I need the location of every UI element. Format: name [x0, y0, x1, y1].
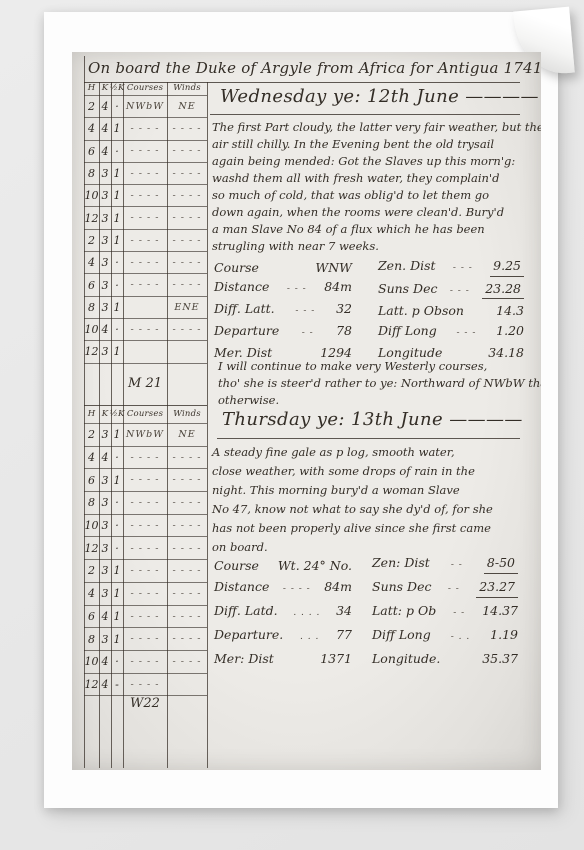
column-header-halfk: ½K: [111, 82, 123, 96]
nav-leader: - - -: [275, 302, 336, 321]
nav-value: 84m: [324, 576, 352, 597]
cell-knots: 3: [99, 185, 111, 207]
column-header-hours: H: [84, 406, 99, 424]
journal-line: A steady fine gale as p log, smooth wate…: [212, 443, 493, 462]
nav-label: Course: [214, 555, 259, 576]
thursday-nav-left: Course Wt. 24° No. Distance - - - - 84m …: [214, 555, 352, 669]
cell-knots: 4: [99, 651, 111, 674]
nav-value: 35.37: [482, 648, 518, 669]
cell-halfk: 1: [111, 297, 123, 319]
nav-value: 1371: [320, 648, 352, 669]
cell-wind: - - - -: [167, 207, 207, 229]
nav-value: 8-50: [484, 552, 518, 574]
nav-label: Latt: p Ob: [372, 600, 436, 621]
page-title: On board the Duke of Argyle from Africa …: [88, 59, 541, 77]
cell-knots: 3: [99, 537, 111, 560]
cell-halfk: 1: [111, 424, 123, 447]
thursday-journal: A steady fine gale as p log, smooth wate…: [212, 443, 493, 557]
cell-wind: - - - -: [167, 252, 207, 274]
nav-entry: Zen. Dist - - - 9.25: [378, 256, 524, 279]
nav-entry: Departure. . . . 77: [214, 624, 352, 648]
nav-label: Departure: [214, 321, 279, 340]
cell-course: [123, 341, 167, 363]
nav-leader: - -: [431, 579, 476, 600]
cell-halfk: ·: [111, 492, 123, 515]
cell-knots: 3: [99, 583, 111, 606]
nav-leader: - -: [430, 555, 484, 576]
nav-label: Zen: Dist: [372, 552, 430, 573]
journal-line: strugling with near 7 weeks.: [212, 238, 541, 255]
cell-wind: - - - -: [167, 469, 207, 492]
cell-hour: 12: [84, 537, 99, 560]
wednesday-remark: I will continue to make very Westerly co…: [218, 358, 541, 409]
cell-hour: 2: [84, 96, 99, 118]
column-header-hours: H: [84, 82, 99, 96]
nav-leader: - . .: [431, 627, 490, 648]
column-header-courses: Courses: [123, 406, 167, 424]
nav-value: 23.28: [482, 279, 524, 300]
nav-entry: Diff. Latd. . . . . 34: [214, 600, 352, 624]
cell-knots: 3: [99, 515, 111, 538]
cell-course: NWbW: [123, 424, 167, 447]
nav-entry: Diff. Latt. - - - 32: [214, 299, 352, 321]
cell-course: - - - -: [123, 469, 167, 492]
remark-line: tho' she is steer'd rather to ye: Northw…: [218, 375, 541, 392]
cell-wind: - - - -: [167, 651, 207, 674]
nav-label: Distance: [214, 277, 269, 296]
cell-hour: 4: [84, 583, 99, 606]
cell-course: - - - -: [123, 674, 167, 697]
remark-line: otherwise.: [218, 392, 541, 409]
cell-hour: 4: [84, 447, 99, 470]
cell-wind: - - - -: [167, 118, 207, 140]
nav-value: 77: [336, 624, 352, 645]
cell-course: - - - -: [123, 583, 167, 606]
wednesday-log-table: H K ½K Courses Winds 2 4 · NWbW NE 4 4 1: [84, 82, 207, 364]
cell-course: - - - -: [123, 230, 167, 252]
cell-course: - - - -: [123, 207, 167, 229]
cell-course: - - - -: [123, 118, 167, 140]
journal-line: a man Slave No 84 of a flux which he has…: [212, 221, 541, 238]
nav-label: Departure.: [214, 624, 283, 645]
cell-halfk: ·: [111, 141, 123, 163]
cell-knots: 3: [99, 274, 111, 296]
cell-course: - - - -: [123, 163, 167, 185]
cell-wind: - - - -: [167, 447, 207, 470]
cell-knots: 3: [99, 207, 111, 229]
nav-entry: Latt. p Obson 14.3: [378, 301, 524, 321]
nav-entry: Zen: Dist - - 8-50: [372, 552, 518, 576]
cell-course: - - - -: [123, 141, 167, 163]
cell-wind: - - - -: [167, 319, 207, 341]
journal-line: again being mended: Got the Slaves up th…: [212, 153, 541, 170]
cell-hour: 4: [84, 118, 99, 140]
nav-leader: - -: [279, 324, 336, 343]
cell-wind: - - - -: [167, 515, 207, 538]
cell-wind: - - - -: [167, 230, 207, 252]
cell-knots: 3: [99, 560, 111, 583]
nav-label: Longitude.: [372, 648, 440, 669]
wednesday-heading-rule: [210, 114, 520, 115]
nav-value: 9.25: [490, 256, 524, 277]
nav-label: Diff. Latd.: [214, 600, 278, 621]
thursday-nav-right: Zen: Dist - - 8-50 Suns Dec - - 23.27 La…: [372, 552, 518, 669]
print-sheet: On board the Duke of Argyle from Africa …: [44, 12, 558, 808]
nav-value: Wt. 24° No.: [278, 555, 352, 576]
cell-wind: - - - -: [167, 185, 207, 207]
cell-wind: - - - -: [167, 492, 207, 515]
nav-value: 23.27: [476, 576, 518, 598]
nav-entry: Diff Long - - - 1.20: [378, 321, 524, 344]
journal-line: washd them all with fresh water, they co…: [212, 170, 541, 187]
journal-line: No 47, know not what to say she dy'd of,…: [212, 500, 493, 519]
journal-line: has not been properly alive since she fi…: [212, 519, 493, 538]
nav-value: 1.19: [490, 624, 518, 645]
cell-knots: 4: [99, 674, 111, 697]
cell-knots: 4: [99, 606, 111, 629]
wednesday-heading: Wednesday ye: 12th June ————: [220, 86, 539, 107]
cell-halfk: 1: [111, 583, 123, 606]
cell-halfk: 1: [111, 560, 123, 583]
cell-halfk: 1: [111, 118, 123, 140]
cell-course: - - - -: [123, 274, 167, 296]
cell-course: - - - -: [123, 606, 167, 629]
cell-wind: [167, 341, 207, 363]
cell-hour: 2: [84, 230, 99, 252]
cell-knots: 3: [99, 297, 111, 319]
nav-label: Suns Dec: [372, 576, 431, 597]
cell-wind: - - - -: [167, 163, 207, 185]
cell-halfk: ·: [111, 447, 123, 470]
nav-value: 32: [336, 299, 352, 318]
cell-knots: 4: [99, 141, 111, 163]
nav-value: 1.20: [496, 321, 524, 341]
journal-line: so much of cold, that was oblig'd to let…: [212, 187, 541, 204]
cell-hour: 8: [84, 163, 99, 185]
cell-halfk: ·: [111, 319, 123, 341]
cell-hour: 8: [84, 628, 99, 651]
cell-hour: 2: [84, 560, 99, 583]
nav-entry: Diff Long - . . 1.19: [372, 624, 518, 648]
column-header-halfk: ½K: [111, 406, 123, 424]
cell-halfk: ·: [111, 274, 123, 296]
nav-label: Suns Dec: [378, 279, 437, 299]
cell-wind: [167, 674, 207, 697]
column-header-courses: Courses: [123, 82, 167, 96]
cell-knots: 4: [99, 118, 111, 140]
nav-value: 14.3: [496, 301, 524, 321]
cell-hour: 2: [84, 424, 99, 447]
cell-wind: - - - -: [167, 537, 207, 560]
cell-hour: 10: [84, 185, 99, 207]
nav-entry: Course WNW: [214, 258, 352, 277]
cell-knots: 3: [99, 163, 111, 185]
journal-line: The first Part cloudy, the latter very f…: [212, 119, 541, 136]
nav-label: Zen. Dist: [378, 256, 436, 276]
nav-label: Diff. Latt.: [214, 299, 275, 318]
nav-entry: Course Wt. 24° No.: [214, 555, 352, 576]
thursday-heading: Thursday ye: 13th June ————: [222, 409, 523, 430]
nav-label: Diff Long: [378, 321, 437, 341]
cell-hour: 12: [84, 207, 99, 229]
museum-photo-page: { "palette":{"background":"#e9e9e9","pri…: [0, 0, 584, 850]
cell-wind: - - - -: [167, 583, 207, 606]
cell-knots: 4: [99, 319, 111, 341]
column-header-winds: Winds: [167, 82, 207, 96]
column-header-winds: Winds: [167, 406, 207, 424]
cell-hour: 8: [84, 492, 99, 515]
nav-leader: . . . .: [278, 603, 337, 624]
nav-label: Course: [214, 258, 259, 277]
nav-leader: . . .: [283, 627, 336, 648]
cell-wind: ENE: [167, 297, 207, 319]
nav-entry: Suns Dec - - 23.27: [372, 576, 518, 600]
cell-hour: 8: [84, 297, 99, 319]
cell-hour: 12: [84, 674, 99, 697]
cell-course: [123, 297, 167, 319]
cell-hour: 6: [84, 274, 99, 296]
cell-knots: 3: [99, 252, 111, 274]
journal-line: night. This morning bury'd a woman Slave: [212, 481, 493, 500]
cell-knots: 3: [99, 341, 111, 363]
nav-leader: - - -: [437, 324, 496, 344]
nav-entry: Mer: Dist 1371: [214, 648, 352, 669]
cell-knots: 3: [99, 230, 111, 252]
cell-halfk: ·: [111, 651, 123, 674]
nav-leader: - - -: [436, 259, 491, 279]
cell-hour: 10: [84, 515, 99, 538]
cell-halfk: 1: [111, 163, 123, 185]
cell-halfk: 1: [111, 469, 123, 492]
cell-halfk: ·: [111, 252, 123, 274]
thursday-heading-rule: [217, 438, 520, 439]
cell-hour: 12: [84, 341, 99, 363]
cell-halfk: ·: [111, 96, 123, 118]
remark-line: I will continue to make very Westerly co…: [218, 358, 541, 375]
nav-value: WNW: [315, 258, 352, 277]
cell-hour: 10: [84, 319, 99, 341]
cell-course: - - - -: [123, 252, 167, 274]
cell-course: - - - -: [123, 447, 167, 470]
frame-left-top: [84, 56, 85, 82]
cell-hour: 6: [84, 469, 99, 492]
cell-wind: NE: [167, 424, 207, 447]
cell-knots: 3: [99, 469, 111, 492]
nav-value: 78: [336, 321, 352, 340]
cell-halfk: 1: [111, 606, 123, 629]
journal-line: air still chilly. In the Evening bent th…: [212, 136, 541, 153]
nav-entry: Longitude. 35.37: [372, 648, 518, 669]
cell-knots: 3: [99, 628, 111, 651]
cell-wind: - - - -: [167, 560, 207, 583]
nav-label: Diff Long: [372, 624, 431, 645]
nav-label: Mer: Dist: [214, 648, 274, 669]
journal-line: down again, when the rooms were clean'd.…: [212, 204, 541, 221]
nav-label: Distance: [214, 576, 269, 597]
cell-halfk: 1: [111, 628, 123, 651]
cell-halfk: ·: [111, 537, 123, 560]
cell-course: - - - -: [123, 515, 167, 538]
nav-leader: - - -: [269, 280, 324, 299]
journal-line: close weather, with some drops of rain i…: [212, 462, 493, 481]
cell-wind: NE: [167, 96, 207, 118]
rail-line: [207, 405, 208, 768]
cell-knots: 4: [99, 96, 111, 118]
thursday-log-table: H K ½K Courses Winds 2 3 1 NWbW NE 4 4 ·: [84, 405, 207, 696]
cell-course: - - - -: [123, 651, 167, 674]
cell-knots: 3: [99, 424, 111, 447]
logbook-photo: On board the Duke of Argyle from Africa …: [72, 52, 541, 770]
cell-hour: 6: [84, 606, 99, 629]
wednesday-nav-right: Zen. Dist - - - 9.25 Suns Dec - - - 23.2…: [378, 256, 524, 363]
cell-course: NWbW: [123, 96, 167, 118]
cell-hour: 6: [84, 141, 99, 163]
nav-label: Latt. p Obson: [378, 301, 464, 321]
nav-leader: - - -: [437, 282, 482, 302]
cell-halfk: -: [111, 674, 123, 697]
cell-knots: 4: [99, 447, 111, 470]
cell-course: - - - -: [123, 492, 167, 515]
cell-halfk: 1: [111, 230, 123, 252]
cell-hour: 10: [84, 651, 99, 674]
nav-entry: Suns Dec - - - 23.28: [378, 279, 524, 302]
cell-course: - - - -: [123, 628, 167, 651]
nav-entry: Distance - - - - 84m: [214, 576, 352, 600]
cell-course: - - - -: [123, 537, 167, 560]
nav-leader: - - - -: [269, 579, 324, 600]
wednesday-nav-left: Course WNW Distance - - - 84m Diff. Latt…: [214, 258, 352, 362]
cell-course: - - - -: [123, 185, 167, 207]
rail-line: [207, 82, 208, 405]
cell-wind: - - - -: [167, 606, 207, 629]
wednesday-journal: The first Part cloudy, the latter very f…: [212, 119, 541, 255]
cell-halfk: ·: [111, 515, 123, 538]
cell-halfk: 1: [111, 207, 123, 229]
wednesday-miles-total: M 21: [128, 376, 162, 391]
cell-halfk: 1: [111, 185, 123, 207]
cell-hour: 4: [84, 252, 99, 274]
cell-knots: 3: [99, 492, 111, 515]
cell-course: - - - -: [123, 560, 167, 583]
thursday-miles-total: W22: [130, 696, 160, 711]
cell-wind: - - - -: [167, 628, 207, 651]
nav-entry: Departure - - 78: [214, 321, 352, 343]
nav-entry: Latt: p Ob - - 14.37: [372, 600, 518, 624]
cell-halfk: 1: [111, 341, 123, 363]
nav-leader: - -: [436, 603, 482, 624]
nav-value: 34: [336, 600, 352, 621]
cell-wind: - - - -: [167, 274, 207, 296]
nav-value: 84m: [324, 277, 352, 296]
cell-course: - - - -: [123, 319, 167, 341]
nav-value: 14.37: [482, 600, 518, 621]
nav-entry: Distance - - - 84m: [214, 277, 352, 299]
cell-wind: - - - -: [167, 141, 207, 163]
